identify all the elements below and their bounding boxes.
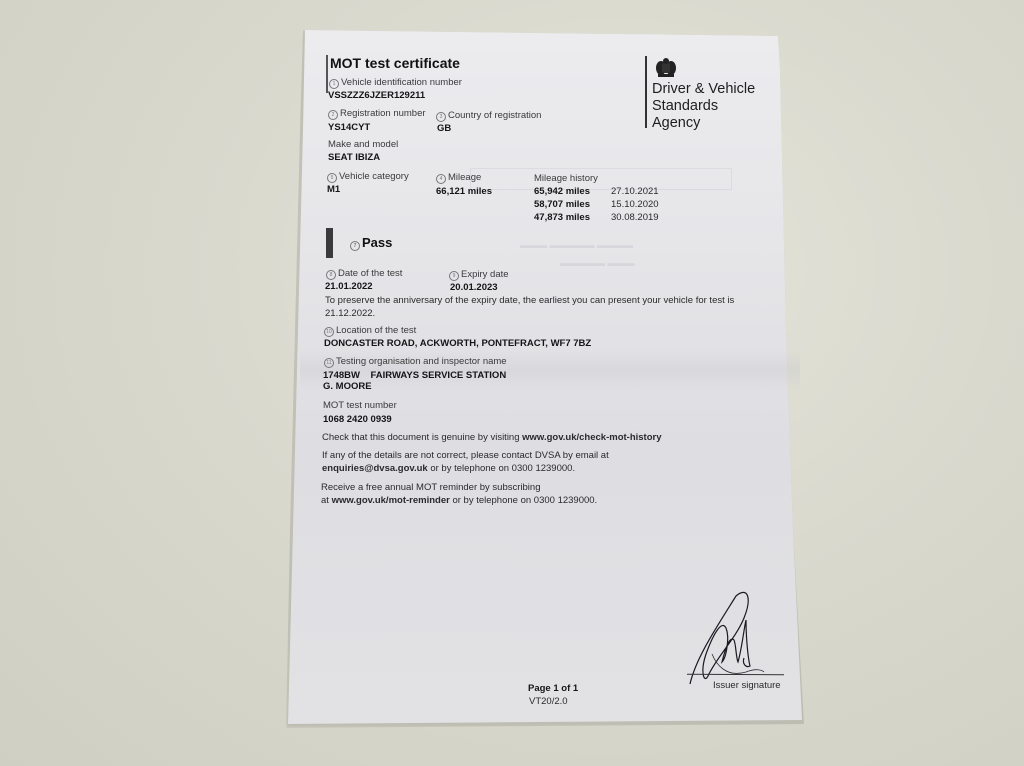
contact-email: enquiries@dvsa.gov.uk bbox=[322, 463, 428, 474]
field-number-icon: 9 bbox=[449, 271, 459, 281]
field-number-icon: 10 bbox=[324, 327, 334, 337]
check-genuine-text: Check that this document is genuine by v… bbox=[322, 432, 662, 443]
organisation-value: 1748BW FAIRWAYS SERVICE STATION bbox=[323, 370, 506, 381]
mileage-history-date: 30.08.2019 bbox=[611, 212, 659, 223]
mileage-history-miles: 58,707 miles bbox=[534, 199, 590, 210]
mileage-history-label: Mileage history bbox=[534, 173, 598, 184]
test-date-label: 8Date of the test bbox=[326, 268, 402, 280]
field-number-icon: 11 bbox=[324, 358, 334, 368]
category-label: 5Vehicle category bbox=[327, 171, 409, 183]
bleed-through-box bbox=[470, 168, 732, 190]
certificate-title: MOT test certificate bbox=[330, 55, 460, 71]
make-model-value: SEAT IBIZA bbox=[328, 152, 380, 163]
mileage-history-date: 15.10.2020 bbox=[611, 199, 659, 210]
contact-text: If any of the details are not correct, p… bbox=[322, 450, 609, 461]
field-number-icon: 1 bbox=[329, 79, 339, 89]
mileage-value: 66,121 miles bbox=[436, 186, 492, 197]
field-number-icon: 4 bbox=[436, 174, 446, 184]
agency-name-line2: Standards bbox=[652, 98, 718, 115]
country-value: GB bbox=[437, 123, 451, 134]
form-code: VT20/2.0 bbox=[529, 696, 568, 707]
test-number-label: MOT test number bbox=[323, 400, 397, 411]
category-value: M1 bbox=[327, 184, 340, 195]
vin-value: VSSZZZ6JZER129211 bbox=[328, 90, 425, 101]
field-number-icon: 7 bbox=[350, 241, 360, 251]
organisation-label: 11Testing organisation and inspector nam… bbox=[324, 356, 507, 368]
check-mot-link: www.gov.uk/check-mot-history bbox=[522, 432, 661, 443]
agency-name-line3: Agency bbox=[652, 115, 700, 132]
mileage-history-miles: 47,873 miles bbox=[534, 212, 590, 223]
vin-label: 1Vehicle identification number bbox=[329, 77, 462, 89]
field-number-icon: 3 bbox=[436, 112, 446, 122]
country-label: 3Country of registration bbox=[436, 110, 541, 122]
contact-email-line: enquiries@dvsa.gov.uk or by telephone on… bbox=[322, 463, 575, 474]
result-accent-bar bbox=[326, 228, 333, 258]
test-number-value: 1068 2420 0939 bbox=[323, 414, 392, 425]
mileage-label: 4Mileage bbox=[436, 172, 481, 184]
signature-label: Issuer signature bbox=[713, 680, 781, 691]
field-number-icon: 8 bbox=[326, 270, 336, 280]
test-result: 7Pass bbox=[350, 235, 392, 251]
title-accent-bar bbox=[326, 55, 328, 93]
page-number: Page 1 of 1 bbox=[528, 683, 578, 694]
expiry-date-label: 9Expiry date bbox=[449, 269, 509, 281]
location-label: 10Location of the test bbox=[324, 325, 416, 337]
registration-label: 2Registration number bbox=[328, 108, 426, 120]
field-number-icon: 5 bbox=[327, 173, 337, 183]
agency-divider bbox=[645, 56, 647, 128]
anniversary-note-date: 21.12.2022. bbox=[325, 308, 375, 319]
bleed-through-text: ▬▬▬ ▬▬▬▬▬ ▬▬▬▬ bbox=[520, 240, 633, 250]
registration-value: YS14CYT bbox=[328, 122, 370, 133]
agency-name-line1: Driver & Vehicle bbox=[652, 81, 755, 98]
reminder-link: www.gov.uk/mot-reminder bbox=[332, 495, 450, 506]
field-number-icon: 2 bbox=[328, 110, 338, 120]
bleed-through-text: ▬▬▬▬▬ ▬▬▬ bbox=[560, 258, 635, 268]
make-model-label: Make and model bbox=[328, 139, 398, 150]
reminder-text: Receive a free annual MOT reminder by su… bbox=[321, 482, 540, 493]
anniversary-note: To preserve the anniversary of the expir… bbox=[325, 295, 734, 306]
royal-crest-icon bbox=[652, 57, 680, 79]
reminder-link-line: at www.gov.uk/mot-reminder or by telepho… bbox=[321, 495, 597, 506]
test-date-value: 21.01.2022 bbox=[325, 281, 373, 292]
location-value: DONCASTER ROAD, ACKWORTH, PONTEFRACT, WF… bbox=[324, 338, 591, 349]
expiry-date-value: 20.01.2023 bbox=[450, 282, 498, 293]
mileage-history-miles: 65,942 miles bbox=[534, 186, 590, 197]
inspector-name: G. MOORE bbox=[323, 381, 372, 392]
mileage-history-date: 27.10.2021 bbox=[611, 186, 659, 197]
